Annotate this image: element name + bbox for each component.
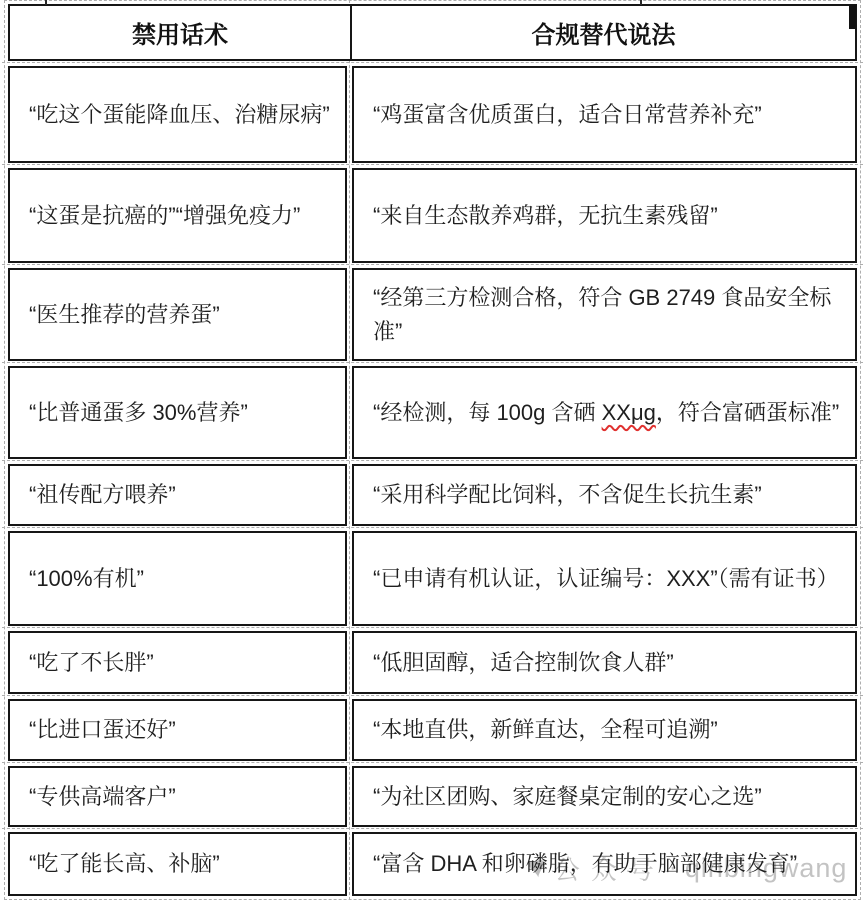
compliance-phrasing-table: 禁用话术 合规替代说法 “吃这个蛋能降血压、治糖尿病” “鸡蛋富含优质蛋白，适合… (8, 4, 857, 896)
spellcheck-flagged-text: XXμg (602, 400, 656, 425)
compliant-phrase-cell: “鸡蛋富含优质蛋白，适合日常营养补充” (352, 66, 857, 163)
banned-phrase-text: “吃了能长高、补脑” (29, 847, 220, 881)
table-row: “医生推荐的营养蛋” “经第三方检测合格，符合 GB 2749 食品安全标准” (8, 268, 857, 361)
banned-phrase-text: “比进口蛋还好” (29, 713, 176, 747)
compliant-phrase-cell: “本地直供，新鲜直达，全程可追溯” (352, 699, 857, 761)
banned-phrase-cell: “100%有机” (8, 531, 347, 626)
table-header-row: 禁用话术 合规替代说法 (8, 4, 857, 61)
banned-phrase-cell: “比普通蛋多 30%营养” (8, 366, 347, 459)
compliant-phrase-text: “本地直供，新鲜直达，全程可追溯” (373, 713, 718, 747)
compliant-phrase-cell: “低胆固醇，适合控制饮食人群” (352, 631, 857, 694)
compliant-phrase-text: “来自生态散养鸡群，无抗生素残留” (373, 199, 718, 233)
edge-tick-artifact (45, 0, 47, 5)
banned-phrase-text: “100%有机” (29, 562, 144, 596)
compliant-phrase-cell: “采用科学配比饲料，不含促生长抗生素” (352, 464, 857, 526)
column-header-banned: 禁用话术 (10, 6, 350, 59)
edge-tick-artifact (640, 0, 642, 5)
banned-phrase-text: “祖传配方喂养” (29, 478, 176, 512)
banned-phrase-cell: “吃这个蛋能降血压、治糖尿病” (8, 66, 347, 163)
compliant-phrase-cell: “经检测，每 100g 含硒 XXμg，符合富硒蛋标准” (352, 366, 857, 459)
column-header-compliant: 合规替代说法 (350, 6, 855, 59)
compliant-phrase-text: “富含 DHA 和卵磷脂，有助于脑部健康发育” (373, 847, 797, 881)
banned-phrase-cell: “这蛋是抗癌的”“增强免疫力” (8, 168, 347, 263)
compliant-phrase-pre: “经检测，每 100g 含硒 (373, 400, 602, 425)
compliant-phrase-cell: “富含 DHA 和卵磷脂，有助于脑部健康发育” (352, 832, 857, 896)
compliant-phrase-text: “采用科学配比饲料，不含促生长抗生素” (373, 478, 762, 512)
table-row: “吃了能长高、补脑” “富含 DHA 和卵磷脂，有助于脑部健康发育” (8, 832, 857, 896)
compliant-phrase-text: “鸡蛋富含优质蛋白，适合日常营养补充” (373, 98, 762, 132)
column-header-banned-label: 禁用话术 (132, 15, 228, 50)
table-row: “祖传配方喂养” “采用科学配比饲料，不含促生长抗生素” (8, 464, 857, 526)
banned-phrase-cell: “专供高端客户” (8, 766, 347, 827)
table-row: “比进口蛋还好” “本地直供，新鲜直达，全程可追溯” (8, 699, 857, 761)
banned-phrase-cell: “吃了不长胖” (8, 631, 347, 694)
compliant-phrase-cell: “经第三方检测合格，符合 GB 2749 食品安全标准” (352, 268, 857, 361)
banned-phrase-cell: “医生推荐的营养蛋” (8, 268, 347, 361)
banned-phrase-text: “吃这个蛋能降血压、治糖尿病” (29, 98, 330, 132)
compliant-phrase-text: “已申请有机认证，认证编号：XXX”（需有证书） (373, 562, 839, 596)
banned-phrase-text: “医生推荐的营养蛋” (29, 298, 220, 332)
table-row: “比普通蛋多 30%营养” “经检测，每 100g 含硒 XXμg，符合富硒蛋标… (8, 366, 857, 459)
compliant-phrase-text: “经第三方检测合格，符合 GB 2749 食品安全标准” (373, 281, 841, 349)
compliant-phrase-cell: “已申请有机认证，认证编号：XXX”（需有证书） (352, 531, 857, 626)
compliant-phrase-text: “为社区团购、家庭餐桌定制的安心之选” (373, 780, 762, 814)
column-header-compliant-label: 合规替代说法 (532, 15, 676, 50)
compliant-phrase-text: “低胆固醇，适合控制饮食人群” (373, 646, 674, 680)
banned-phrase-text: “比普通蛋多 30%营养” (29, 396, 248, 430)
compliant-phrase-text: “经检测，每 100g 含硒 XXμg，符合富硒蛋标准” (373, 396, 839, 430)
table-row: “吃这个蛋能降血压、治糖尿病” “鸡蛋富含优质蛋白，适合日常营养补充” (8, 66, 857, 163)
banned-phrase-cell: “吃了能长高、补脑” (8, 832, 347, 896)
table-row: “专供高端客户” “为社区团购、家庭餐桌定制的安心之选” (8, 766, 857, 827)
compliant-phrase-cell: “为社区团购、家庭餐桌定制的安心之选” (352, 766, 857, 827)
table-row: “吃了不长胖” “低胆固醇，适合控制饮食人群” (8, 631, 857, 694)
banned-phrase-text: “专供高端客户” (29, 780, 176, 814)
compliant-phrase-post: ，符合富硒蛋标准” (656, 400, 839, 425)
compliant-phrase-cell: “来自生态散养鸡群，无抗生素残留” (352, 168, 857, 263)
table-row: “这蛋是抗癌的”“增强免疫力” “来自生态散养鸡群，无抗生素残留” (8, 168, 857, 263)
banned-phrase-cell: “比进口蛋还好” (8, 699, 347, 761)
banned-phrase-cell: “祖传配方喂养” (8, 464, 347, 526)
banned-phrase-text: “这蛋是抗癌的”“增强免疫力” (29, 199, 300, 233)
border-artifact (849, 5, 856, 29)
table-row: “100%有机” “已申请有机认证，认证编号：XXX”（需有证书） (8, 531, 857, 626)
banned-phrase-text: “吃了不长胖” (29, 646, 154, 680)
